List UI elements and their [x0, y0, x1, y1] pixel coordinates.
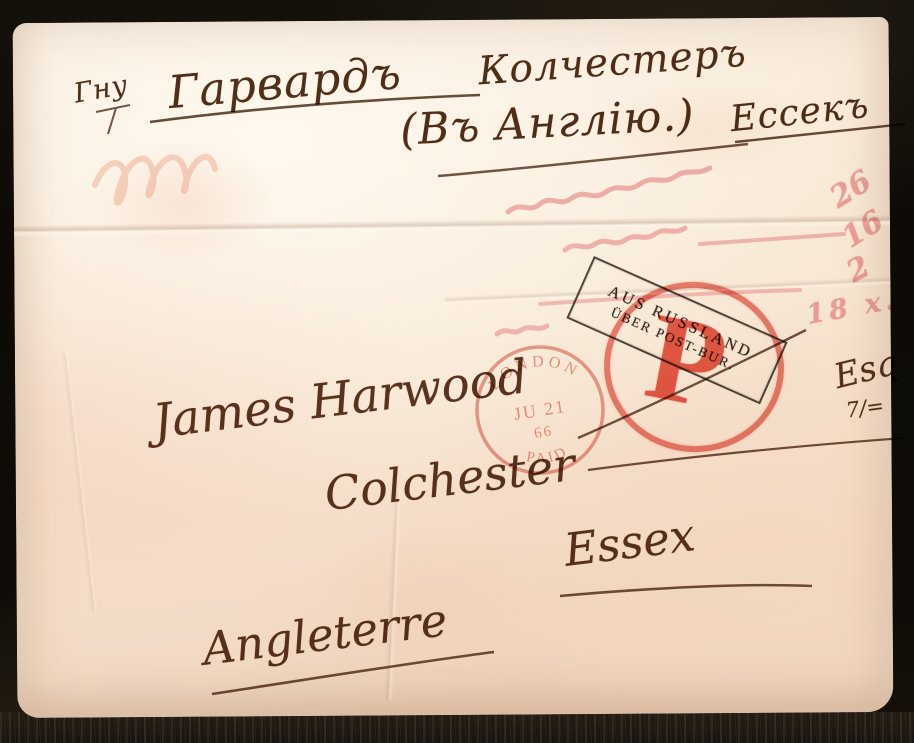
- fold-crease: [14, 215, 890, 238]
- paid-handstamp-letter: P: [636, 285, 737, 439]
- fold-crease: [384, 490, 403, 700]
- paper-stain: [53, 111, 314, 293]
- fold-crease: [61, 353, 98, 612]
